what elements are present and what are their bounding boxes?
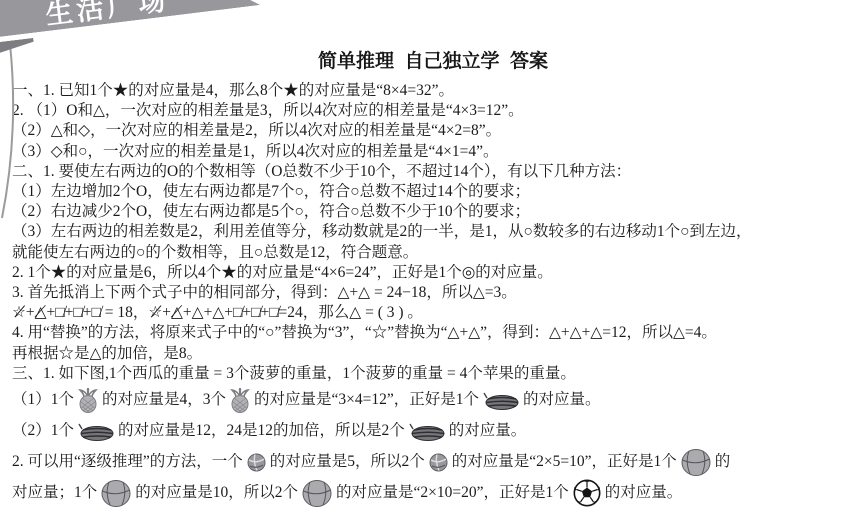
basketball-icon	[97, 484, 135, 501]
answer-line: 2. 可以用“逐级推理”的方法，一个的对应量是5，所以2个的对应量是“2×5=1…	[12, 446, 862, 477]
watermelon-icon	[479, 391, 523, 408]
answer-line: （2）1个的对应量是12，24是12的加倍，所以是2个的对应量。	[12, 415, 862, 446]
basketball-icon	[677, 453, 715, 470]
answer-line: （3）◇和○，一次对应的相差量是1，所以4次对应的相差量是“4×1=4”。	[12, 142, 862, 162]
answer-line: 3. 首先抵消上下两个式子中的相同部分，得到：△+△ = 24−18，所以△=3…	[12, 283, 862, 303]
answer-line: （2）△和◇，一次对应的相差量是2，所以4次对应的相差量是“4×2=8”。	[12, 121, 862, 141]
answer-line: 再根据☆是△的加倍，是8。	[12, 344, 862, 364]
answer-line: 就能使左右两边的○的个数相等，且○总数是12，符合题意。	[12, 243, 862, 263]
answer-line: （2）右边减少2个O，使左右两边都是5个○，符合○总数不少于10个的要求；	[12, 202, 862, 222]
pineapple-icon	[226, 391, 254, 408]
answer-line: 一、1. 已知1个★的对应量是4，那么8个★的对应量是“8×4=32”。	[12, 81, 862, 101]
answer-line: 三、1. 如下图,1个西瓜的重量 = 3个菠萝的重量，1个菠萝的重量 = 4个苹…	[12, 364, 862, 384]
answer-line: 2. （1）O和△，一次对应的相差量是3，所以4次对应的相差量是“4×3=12”…	[12, 101, 862, 121]
answer-line: 二、1. 要使左右两边的O的个数相等（O总数不少于10个，不超过14个），有以下…	[12, 162, 862, 182]
watermelon-icon	[74, 422, 118, 439]
volleyball-icon	[243, 453, 270, 470]
volleyball-icon	[425, 453, 452, 470]
answer-line: 4. 用“替换”的方法，将原来式子中的“○”替换为“3”，“☆”替换为“△+△”…	[12, 323, 862, 343]
answer-line-cancelled-equation: ☆̸+△̸+□̸+□̸+□̸ = 18，☆̸+△̸+△+△+□̸+□̸+□̸=2…	[12, 303, 862, 323]
answer-line: 2. 1个★的对应量是6，所以4个★的对应量是“4×6=24”，正好是1个◎的对…	[12, 263, 862, 283]
answer-line: （1）左边增加2个O，使左右两边都是7个○，符合○总数不超过14个的要求；	[12, 182, 862, 202]
answer-line: 对应量；1个的对应量是10，所以2个的对应量是“2×10=20”，正好是1个的对…	[12, 477, 862, 508]
basketball-icon	[298, 484, 336, 501]
answer-line: （1）1个的对应量是4，3个的对应量是“3×4=12”，正好是1个的对应量。	[12, 384, 862, 415]
banner-label: 生活广场	[43, 0, 171, 32]
answer-line: （3）左右两边的相差数是2，利用差值等分，移动数就是2的一半，是1，从○数较多的…	[12, 222, 862, 242]
answer-body: 一、1. 已知1个★的对应量是4，那么8个★的对应量是“8×4=32”。 2. …	[12, 81, 862, 508]
watermelon-icon	[405, 422, 449, 439]
page-curl-line	[0, 42, 22, 222]
pineapple-icon	[74, 391, 102, 408]
soccer-ball-icon	[569, 484, 605, 501]
ribbon-banner: 生活广场	[0, 0, 260, 39]
page-title: 简单推理 自己独立学 答案	[0, 46, 866, 73]
